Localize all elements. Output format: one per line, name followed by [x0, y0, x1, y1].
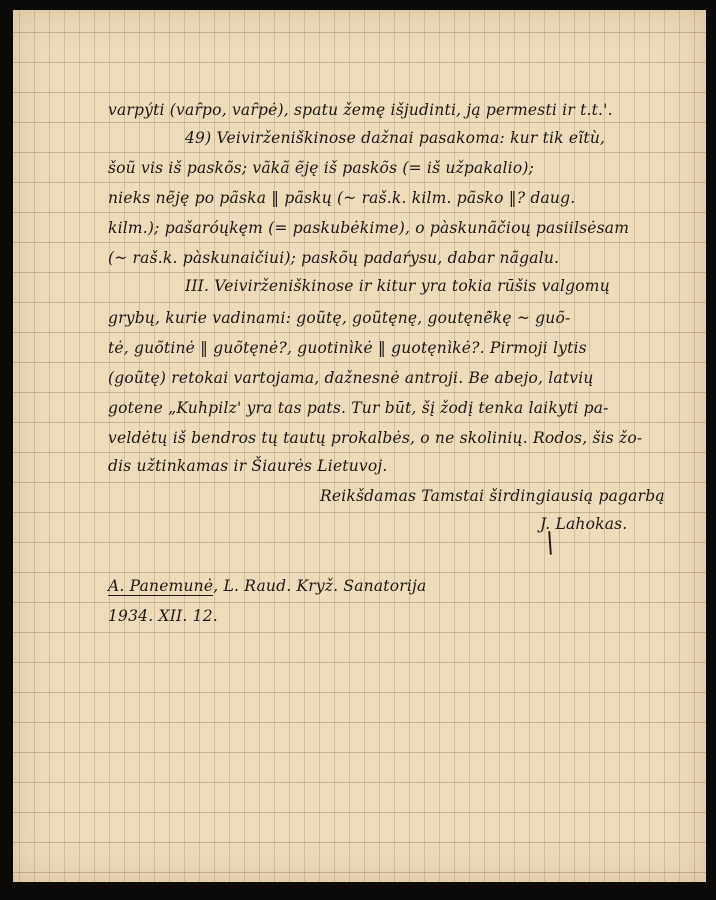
letter-line-7: III. Veivirženiškinose ir kitur yra toki…	[185, 276, 716, 296]
letter-line-10: (goũtę) retokai vartojama, dažnesnė antr…	[108, 368, 698, 388]
address-comma: ,	[213, 577, 223, 595]
place-name: A. Panemunė	[108, 577, 213, 596]
letter-date: 1934. XII. 12.	[108, 606, 698, 626]
letter-line-8: grybų, kurie vadinami: goũtę, goũtęnę, g…	[108, 308, 698, 328]
letter-line-6: (~ raš.k. pàskunaičiui); paskõų padaŕysu…	[108, 248, 698, 268]
letter-line-4: nieks nẽję po pãska ‖ pãskų (~ raš.k. ki…	[108, 188, 698, 208]
letter-line-13: dis užtinkamas ir Šiaurės Lietuvoj.	[108, 456, 698, 476]
signature: J. Lahokas.	[540, 514, 716, 534]
letter-line-9: tė, guõtinė ‖ guõtęnė?, guotinìkė ‖ guot…	[108, 338, 698, 358]
letter-line-5: kilm.); pašaróųkęm (= paskubėkime), o pà…	[108, 218, 698, 238]
letter-line-2: 49) Veivirženiškinose dažnai pasakoma: k…	[185, 128, 716, 148]
address-line: A. Panemunė, L. Raud. Kryž. Sanatorija	[108, 576, 698, 596]
institution-name: L. Raud. Kryž. Sanatorija	[223, 577, 426, 595]
letter-line-3: šoũ vis iš paskõs; vãkã ẽję iš paskõs (=…	[108, 158, 698, 178]
letter-line-11: gotene „Kuhpilz' yra tas pats. Tur būt, …	[108, 398, 698, 418]
letter-line-12: veldėtų iš bendros tų tautų prokalbės, o…	[108, 428, 698, 448]
letter-line-1: varpýti (vaȓpo, vaȓpė), spatu žemę išjud…	[108, 100, 698, 120]
closing-salutation: Reikšdamas Tamstai širdingiausią pagarbą	[320, 486, 716, 506]
